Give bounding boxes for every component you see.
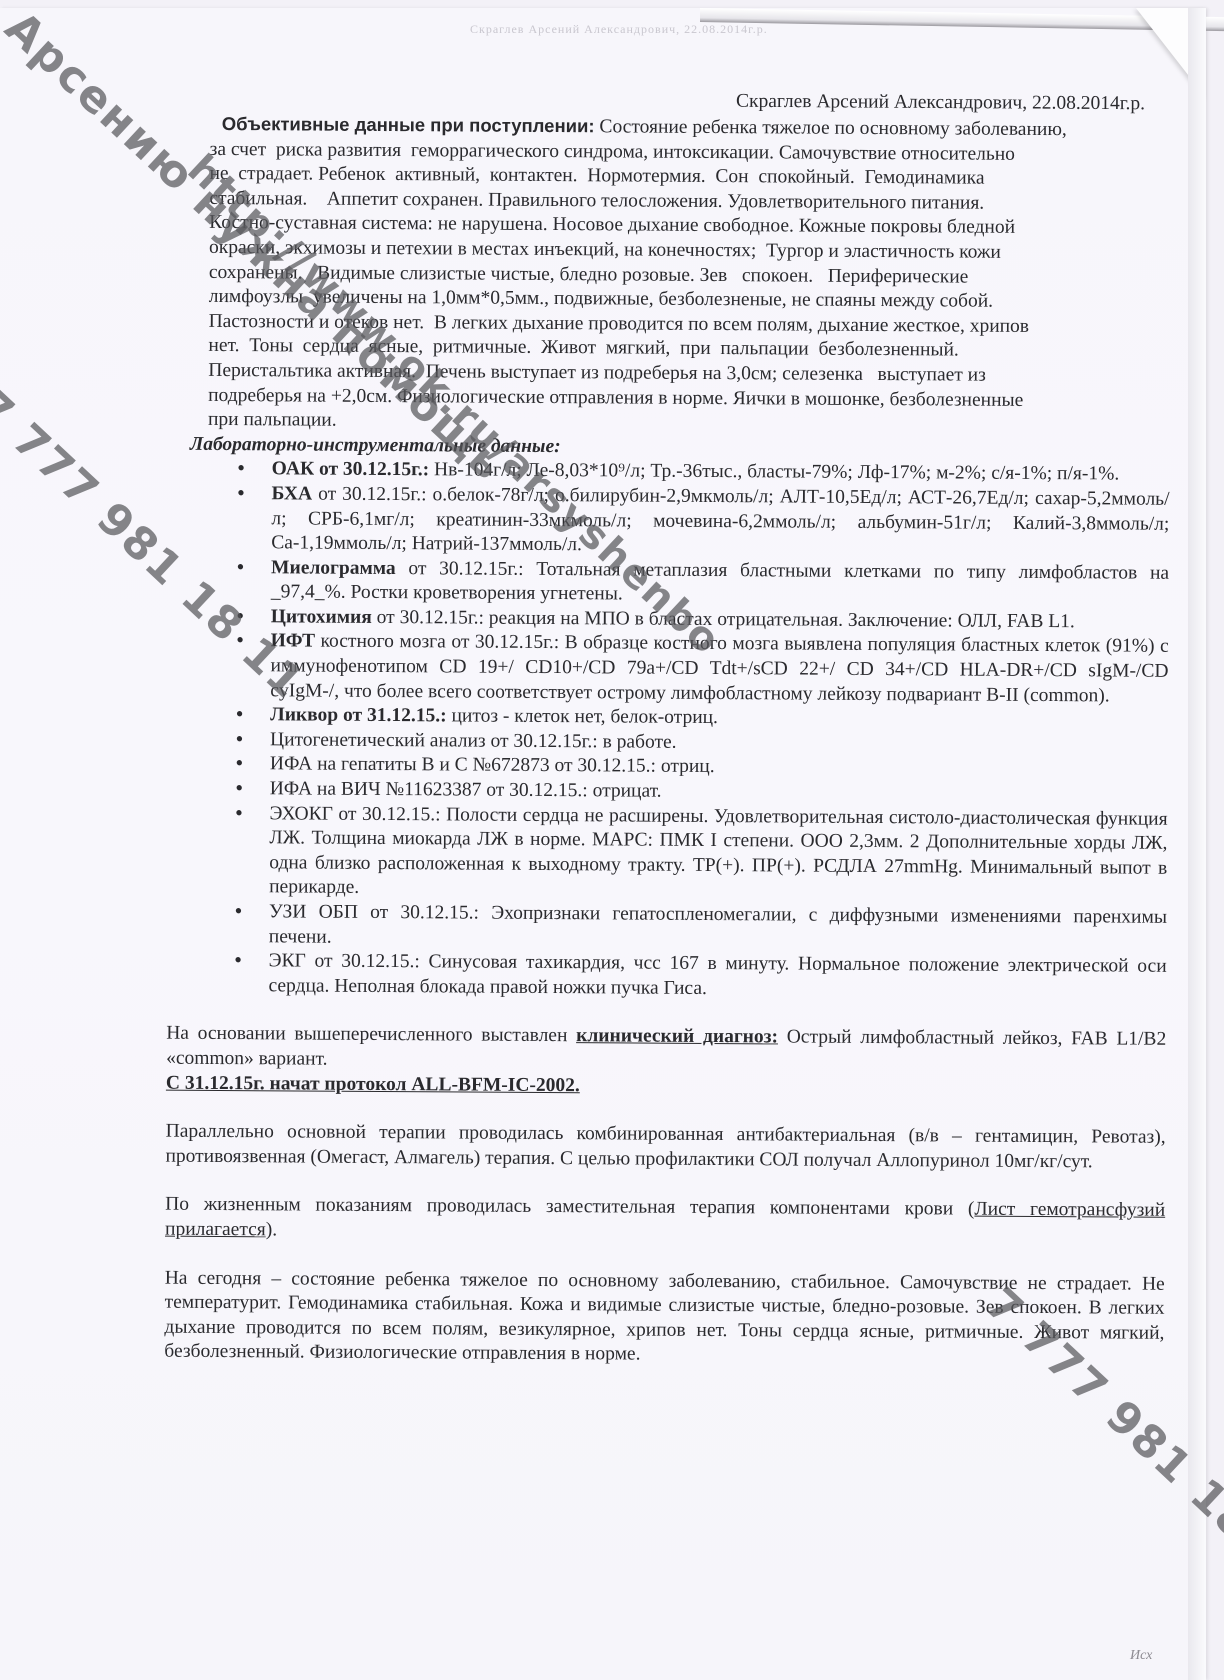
current-state-text: На сегодня – состояние ребенка тяжелое п…	[164, 1266, 1165, 1370]
lab-item: ИФТ костного мозга от 30.12.15г.: В обра…	[270, 630, 1168, 709]
therapy-text: Параллельно основной терапии проводилась…	[165, 1120, 1165, 1175]
lab-item-text: УЗИ ОБП от 30.12.15.: Эхопризнаки гепато…	[269, 901, 1167, 947]
labs-list: ОАК от 30.12.15г.: Нв-104г/л; Ле-8,03*10…	[216, 457, 1169, 1004]
bleedthrough-text: Скраглев Арсений Александрович, 22.08.20…	[470, 22, 768, 37]
lab-item: БХА от 30.12.15г.: о.белок-78г/л; о.били…	[271, 482, 1169, 561]
objective-text: за счет риска развития геморрагического …	[208, 138, 1172, 439]
lab-item-key: ОАК от 30.12.15г.:	[272, 459, 430, 481]
lab-item-key: ИФТ	[271, 631, 316, 652]
lab-item: ЭХОКГ от 30.12.15.: Полости сердца не ра…	[269, 802, 1168, 906]
page-mark: Исх	[1130, 1648, 1152, 1664]
page-edge	[1188, 8, 1206, 1680]
lab-item-text: ИФА на гепатиты В и С №672873 от 30.12.1…	[270, 754, 715, 778]
transfusion-intro: По жизненным показаниям проводилась заме…	[165, 1194, 974, 1220]
objective-line: Состояние ребенка тяжелое по основному з…	[599, 116, 1066, 140]
lab-item-text: костного мозга от 30.12.15г.: В образце …	[270, 631, 1168, 706]
diagnosis-text: На основании вышеперечисленного выставле…	[166, 1022, 1166, 1077]
lab-item-key: Ликвор от 31.12.15.:	[270, 705, 447, 727]
lab-item-text: от 30.12.15г.: о.белок-78г/л; о.билируби…	[271, 483, 1169, 555]
lab-item-text: цитоз - клеток нет, белок-отриц.	[447, 706, 718, 729]
document-body: Объективные данные при поступлении: Сост…	[214, 92, 1172, 1371]
lab-item-text: от 30.12.15г.: Тотальная метаплазия блас…	[271, 558, 1169, 605]
lab-item-key: Цитохимия	[271, 606, 372, 628]
lab-item-text: ЭКГ от 30.12.15.: Синусовая тахикардия, …	[268, 950, 1166, 998]
lab-item-text: ЭХОКГ от 30.12.15.: Полости сердца не ра…	[269, 803, 1168, 898]
lab-item: Миелограмма от 30.12.15г.: Тотальная мет…	[271, 556, 1169, 611]
lab-item-text: Нв-104г/л; Ле-8,03*10⁹/л; Тр.-36тыс., бл…	[429, 460, 1119, 485]
diagnosis-intro: На основании вышеперечисленного выставле…	[166, 1023, 576, 1047]
lab-item-text: ИФА на ВИЧ №11623387 от 30.12.15.: отриц…	[270, 778, 662, 801]
lab-item: УЗИ ОБП от 30.12.15.: Эхопризнаки гепато…	[269, 900, 1167, 955]
scanned-page: Скраглев Арсений Александрович, 22.08.20…	[0, 8, 1206, 1680]
objective-label: Объективные данные при поступлении:	[222, 113, 595, 136]
lab-item-key: Миелограмма	[271, 557, 396, 579]
transfusion-end: ).	[266, 1219, 278, 1240]
transfusion-text: По жизненным показаниям проводилась заме…	[165, 1193, 1165, 1248]
protocol-line: С 31.12.15г. начат протокол ALL-BFM-IC-2…	[166, 1072, 580, 1096]
lab-item-key: БХА	[271, 483, 312, 504]
diagnosis-block: На основании вышеперечисленного выставле…	[164, 1022, 1166, 1371]
diagnosis-label: клинический диагноз:	[576, 1026, 778, 1048]
lab-item-text: Цитогенетический анализ от 30.12.15г.: в…	[270, 729, 677, 752]
lab-item-text: от 30.12.15г.: реакция на МПО в бластах …	[372, 607, 1075, 632]
lab-item: ЭКГ от 30.12.15.: Синусовая тахикардия, …	[268, 949, 1166, 1004]
